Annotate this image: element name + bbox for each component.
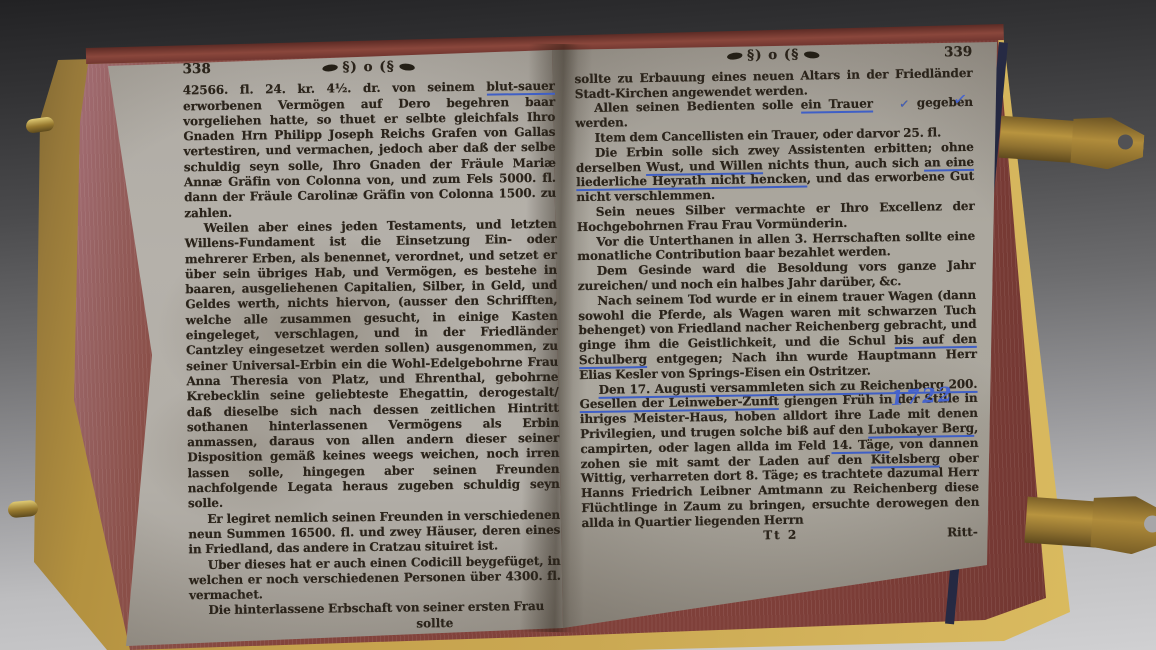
blue-underlined-text: ein Trauer [801, 97, 874, 114]
paragraph: Weilen aber eines jeden Testaments, und … [184, 217, 560, 512]
brass-clasp-bottom-icon [1024, 481, 1156, 566]
paragraph: Er legiret nemlich seinen Freunden in ve… [188, 507, 561, 557]
brass-clasp-top-icon [998, 98, 1155, 180]
left-page-header: 338 §) o (§ [183, 58, 555, 78]
paragraph: 42566. fl. 24. kr. 4½. dr. von seinem bl… [183, 79, 557, 221]
right-page-text-column: §) o (§ 339 sollte zu Erbauung eines neu… [574, 45, 980, 546]
margin-checkmark-icon: ✓ [952, 89, 969, 111]
right-page-number: 339 [912, 45, 972, 61]
photograph-of-open-book: 338 §) o (§ 42566. fl. 24. kr. 4½. dr. v… [0, 0, 1156, 650]
brass-catch-pin-middle-icon [7, 500, 38, 519]
left-page-text-column: 338 §) o (§ 42566. fl. 24. kr. 4½. dr. v… [183, 58, 562, 634]
right-page-catchword: Ritt- [947, 524, 978, 539]
paragraph: Uber dieses hat er auch einen Codicill b… [189, 553, 562, 603]
left-header-ornament: §) o (§ [243, 58, 495, 76]
paragraph: Die Erbin solle sich zwey Assistenten er… [576, 140, 975, 205]
handwritten-year-note: 1722 [889, 382, 954, 410]
left-page-number: 338 [183, 62, 243, 78]
ornament-blob-icon [726, 52, 744, 59]
ornament-blob-icon [321, 65, 339, 72]
right-page-body: sollte zu Erbauung eines neuen Altars in… [574, 66, 979, 531]
paragraph: Nach seinem Tod wurde er in einem trauer… [578, 288, 977, 383]
left-page-body: 42566. fl. 24. kr. 4½. dr. von seinem bl… [183, 79, 562, 619]
blue-underlined-text: blut-sauer [486, 79, 555, 96]
right-header-ornament: §) o (§ [634, 46, 912, 65]
ornament-blob-icon [398, 64, 416, 71]
ornament-blob-icon [803, 51, 821, 58]
inline-checkmark-icon: ✓ [880, 95, 910, 112]
